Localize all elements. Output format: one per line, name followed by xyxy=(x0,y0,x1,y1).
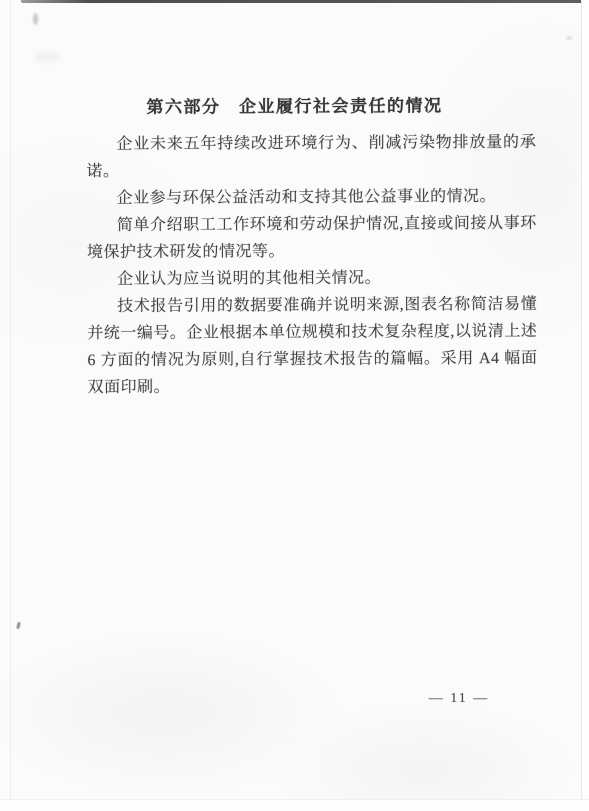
scan-right-edge-band xyxy=(581,0,589,811)
paragraph: 简单介绍职工工作环境和劳动保护情况,直接或间接从事环境保护技术研发的情况等。 xyxy=(87,210,537,266)
scan-speck xyxy=(566,36,572,40)
scan-smudge xyxy=(34,52,60,62)
paragraph: 企业未来五年持续改进环境行为、削减污染物排放量的承诺。 xyxy=(86,129,536,185)
section-title: 第六部分 企业履行社会责任的情况 xyxy=(0,90,589,118)
scanned-document-page: 第六部分 企业履行社会责任的情况 企业未来五年持续改进环境行为、削减污染物排放量… xyxy=(0,0,589,811)
scan-bottom-edge-band xyxy=(0,799,589,811)
page-number: — 11 — xyxy=(403,691,515,707)
scan-speck xyxy=(33,13,38,25)
scan-top-edge-artifact xyxy=(21,0,589,3)
document-body: 企业未来五年持续改进环境行为、削减污染物排放量的承诺。 企业参与环保公益活动和支… xyxy=(86,129,537,401)
scan-left-edge-line xyxy=(10,0,11,811)
paragraph: 技术报告引用的数据要准确并说明来源,图表名称简洁易懂并统一编号。企业根据本单位规… xyxy=(87,291,538,401)
paragraph: 企业参与环保公益活动和支持其他公益事业的情况。 xyxy=(87,183,537,212)
paragraph: 企业认为应当说明的其他相关情况。 xyxy=(87,264,537,293)
scan-speck xyxy=(16,622,21,630)
